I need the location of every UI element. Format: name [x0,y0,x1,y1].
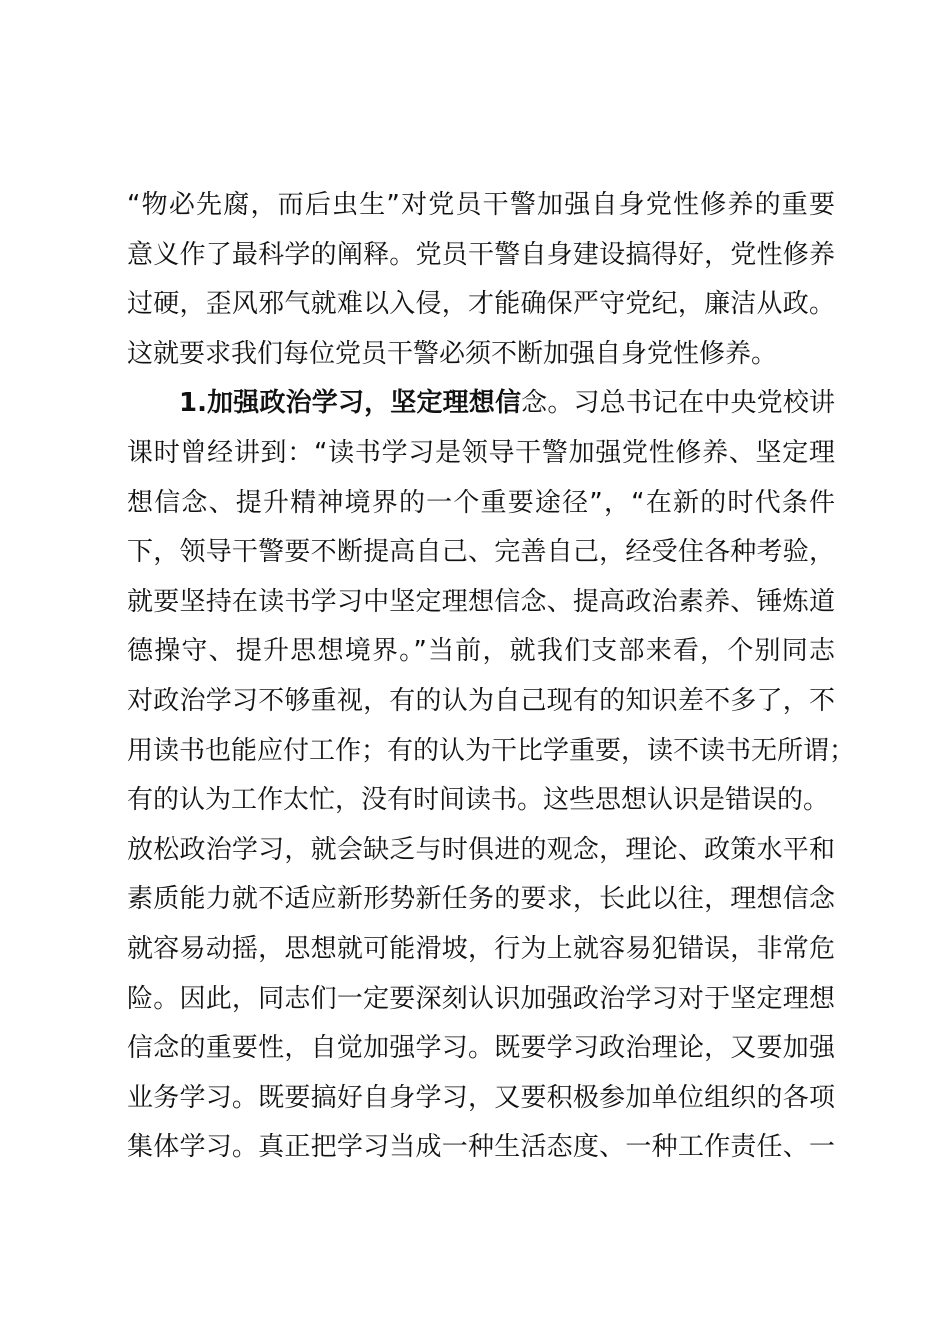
document-body: “物必先腐，而后虫生”对党员干警加强自身党性修养的重要 意义作了最科学的阐释。党… [127,181,847,1173]
text-line: 想信念、提升精神境界的一个重要途径”，“在新的时代条件 [127,479,835,529]
text-line: “物必先腐，而后虫生”对党员干警加强自身党性修养的重要 [127,181,835,231]
text-line: 信念的重要性，自觉加强学习。既要学习政治理论，又要加强 [127,1024,835,1074]
text-line: 险。因此，同志们一定要深刻认识加强政治学习对于坚定理想 [127,975,835,1025]
text-line: 课时曾经讲到：“读书学习是领导干警加强党性修养、坚定理 [127,429,835,479]
text-line: 业务学习。既要搞好自身学习，又要积极参加单位组织的各项 [127,1074,835,1124]
text-line: 过硬，歪风邪气就难以入侵，才能确保严守党纪，廉洁从政。 [127,280,835,330]
paragraph-party-cultivation: “物必先腐，而后虫生”对党员干警加强自身党性修养的重要 意义作了最科学的阐释。党… [127,181,847,379]
first-line: 1.加强政治学习，坚定理想信念。习总书记在中央党校讲 [127,379,835,429]
section-heading: 1.加强政治学习，坚定理想信 [179,388,521,418]
text-line: 这就要求我们每位党员干警必须不断加强自身党性修养。 [127,330,835,380]
text-line: 就容易动摇，思想就可能滑坡，行为上就容易犯错误，非常危 [127,925,835,975]
paragraph-political-study: 1.加强政治学习，坚定理想信念。习总书记在中央党校讲 课时曾经讲到：“读书学习是… [127,379,847,1173]
text-line: 就要坚持在读书学习中坚定理想信念、提高政治素养、锤炼道 [127,578,835,628]
text-line: 集体学习。真正把学习当成一种生活态度、一种工作责任、一 [127,1123,835,1173]
text-line: 有的认为工作太忙，没有时间读书。这些思想认识是错误的。 [127,776,835,826]
document-page: “物必先腐，而后虫生”对党员干警加强自身党性修养的重要 意义作了最科学的阐释。党… [0,0,950,1344]
text-line: 放松政治学习，就会缺乏与时俱进的观念，理论、政策水平和 [127,826,835,876]
text-line: 素质能力就不适应新形势新任务的要求，长此以往，理想信念 [127,875,835,925]
text-line: 德操守、提升思想境界。”当前，就我们支部来看，个别同志 [127,627,835,677]
text-line: 对政治学习不够重视，有的认为自己现有的知识差不多了，不 [127,677,835,727]
first-line-text: 念。习总书记在中央党校讲 [521,388,835,418]
text-line: 下，领导干警要不断提高自己、完善自己，经受住各种考验， [127,528,835,578]
text-line: 用读书也能应付工作；有的认为干比学重要，读不读书无所谓； [127,727,835,777]
text-line: 意义作了最科学的阐释。党员干警自身建设搞得好，党性修养 [127,231,835,281]
